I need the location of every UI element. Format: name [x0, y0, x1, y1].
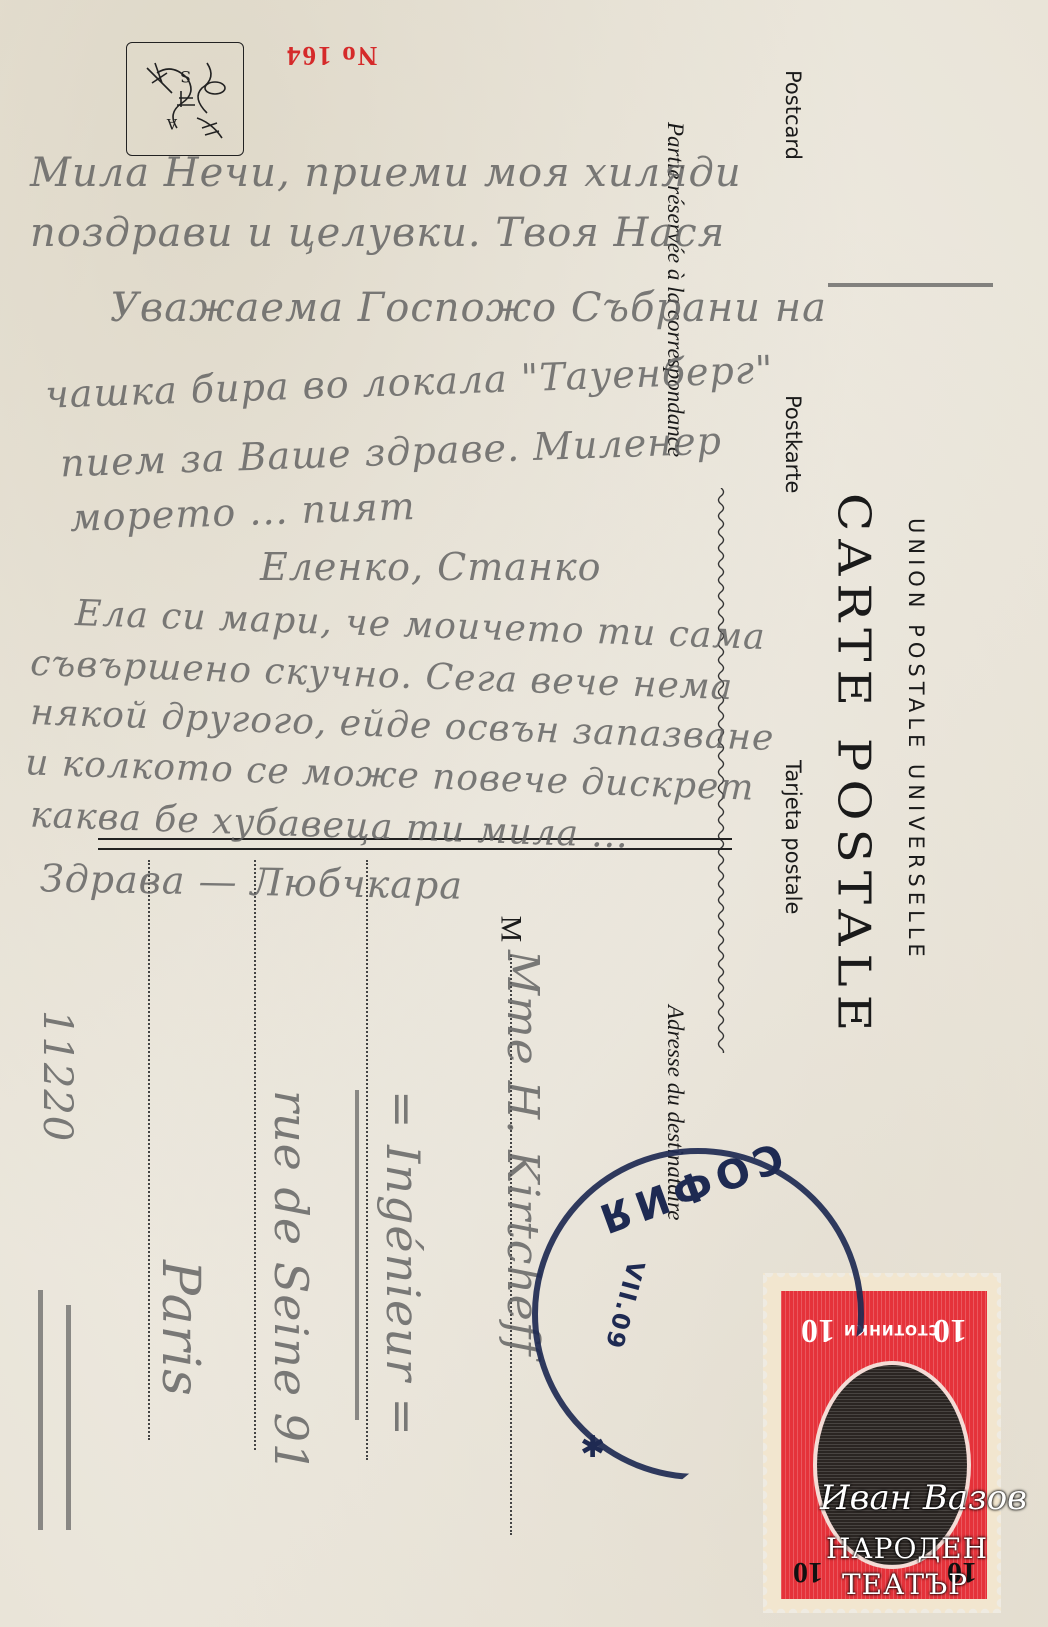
postcard-back: S A No 164 UNION POSTALE UNIVERSELLE CAR… — [0, 0, 1048, 1627]
handwritten-line: поздрави и целувки. Твоя Нася — [30, 210, 725, 256]
tarjeta-postale-label: Tarjeta postale — [781, 760, 805, 914]
address-line-title: = Ingénieur = — [376, 1090, 430, 1437]
handwritten-line: морето ... пият — [69, 484, 416, 540]
handwritten-signature: Здрава — Любчкара — [40, 856, 464, 907]
publisher-logo: S A — [126, 42, 244, 156]
margin-number: 11220 — [34, 1010, 80, 1142]
handwritten-line: Мила Нечи, приеми моя хиляди — [30, 150, 742, 196]
handwritten-line: Уважаема Госпожо Събрани на — [110, 285, 827, 331]
address-dotted-line — [366, 860, 368, 1460]
floral-monogram-icon: S A — [127, 43, 243, 155]
svg-text:S: S — [180, 67, 191, 86]
postmark-star-icon: ✱ — [580, 1430, 605, 1465]
city-underline — [66, 1305, 71, 1530]
postcard-label: Postcard — [781, 70, 805, 160]
serial-number: No 164 — [285, 40, 377, 71]
handwritten-line: пием за Ваше здраве. Миленер — [59, 418, 722, 485]
postkarte-label: Postkarte — [781, 395, 805, 493]
address-underline — [355, 1090, 359, 1420]
carte-postale-title: CARTE POSTALE — [828, 493, 880, 1039]
watermark-line: НАРОДЕН — [826, 1532, 988, 1565]
watermark-signature: Иван Вазов — [820, 1478, 1027, 1518]
watermark-line: ТЕАТЪР — [842, 1568, 968, 1601]
city-underline — [38, 1290, 43, 1530]
address-line-city: Paris — [150, 1260, 210, 1397]
address-dotted-line — [254, 860, 256, 1450]
handwritten-line: Еленко, Станко — [260, 545, 602, 589]
union-postale-label: UNION POSTALE UNIVERSELLE — [904, 518, 928, 962]
svg-text:A: A — [166, 115, 178, 131]
signature-underline — [828, 283, 993, 287]
address-line-street: rue de Seine 91 — [264, 1090, 318, 1473]
address-prefix: M — [493, 916, 527, 943]
